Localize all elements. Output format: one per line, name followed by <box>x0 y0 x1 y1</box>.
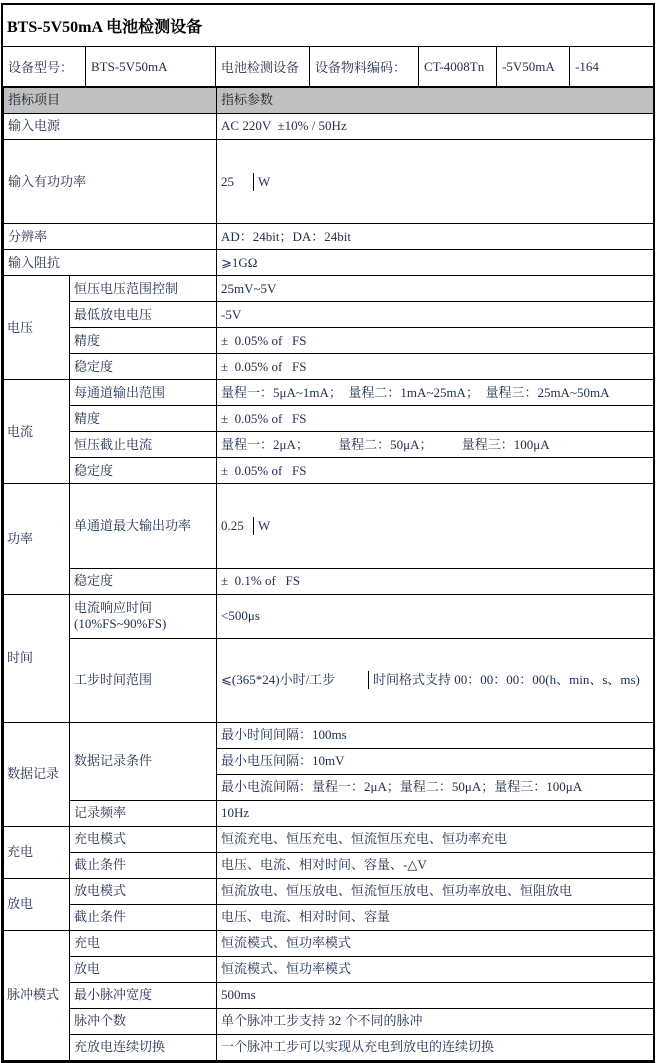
value-cell: ± 0.05% of FS <box>217 328 654 354</box>
value-cell: 10Hz <box>217 800 654 826</box>
device-model-label: 设备型号： <box>3 47 86 86</box>
item-cell: 输入阻抗 <box>4 250 217 276</box>
value-split: 25 W <box>217 173 653 191</box>
device-model-value: BTS-5V50mA <box>86 47 216 86</box>
value-unit: W <box>254 173 653 191</box>
item-cell: 稳定度 <box>70 458 217 484</box>
table-row: 放电 恒流模式、恒功率模式 <box>4 956 654 982</box>
category-cell-data-record: 数据记录 <box>4 722 70 826</box>
material-code-part2: -5V50mA <box>497 47 570 86</box>
category-cell-time: 时间 <box>4 594 70 722</box>
value-number: 25 <box>217 173 254 191</box>
device-info-row: 设备型号： BTS-5V50mA 电池检测设备 设备物料编码： CT-4008T… <box>3 47 653 87</box>
value-cell: 量程一：2μA； 量程二：50μA； 量程三：100μA <box>217 432 654 458</box>
table-header-row: 指标项目 指标参数 <box>4 88 654 114</box>
item-cell: 充电 <box>70 930 217 956</box>
table-row: 最小脉冲宽度 500ms <box>4 982 654 1008</box>
material-code-label: 设备物料编码： <box>310 47 419 86</box>
table-row: 精度 ± 0.05% of FS <box>4 406 654 432</box>
table-row-impedance: 输入阻抗 ⩾1GΩ <box>4 250 654 276</box>
table-row: 恒压截止电流 量程一：2μA； 量程二：50μA； 量程三：100μA <box>4 432 654 458</box>
category-cell-discharge: 放电 <box>4 878 70 930</box>
item-cell: 每通道输出范围 <box>70 380 217 406</box>
item-cell: 单通道最大输出功率 <box>70 484 217 568</box>
table-row: 功率 单通道最大输出功率 0.25 W <box>4 484 654 568</box>
table-row: 记录频率 10Hz <box>4 800 654 826</box>
value-cell: <500μs <box>217 594 654 638</box>
table-row: 充电 充电模式 恒流充电、恒压充电、恒流恒压充电、恒功率充电 <box>4 826 654 852</box>
category-cell-pulse: 脉冲模式 <box>4 930 70 1060</box>
category-cell-voltage: 电压 <box>4 276 70 380</box>
table-row: 最低放电电压 -5V <box>4 302 654 328</box>
item-cell: 充放电连续切换 <box>70 1034 217 1060</box>
item-cell: 截止条件 <box>70 852 217 878</box>
value-cell: AD：24bit；DA：24bit <box>217 224 654 250</box>
item-cell: 放电模式 <box>70 878 217 904</box>
value-cell: 最小电流间隔：量程一：2μA；量程二：50μA；量程三：100μA <box>217 774 654 800</box>
item-cell: 稳定度 <box>70 354 217 380</box>
item-cell: 记录频率 <box>70 800 217 826</box>
table-row: 电流 每通道输出范围 量程一：5μA~1mA； 量程二：1mA~25mA； 量程… <box>4 380 654 406</box>
item-cell: 输入有功功率 <box>4 140 217 224</box>
table-row: 精度 ± 0.05% of FS <box>4 328 654 354</box>
category-cell-current: 电流 <box>4 380 70 484</box>
value-cell: 量程一：5μA~1mA； 量程二：1mA~25mA； 量程三：25mA~50mA <box>217 380 654 406</box>
value-cell: ± 0.1% of FS <box>217 568 654 594</box>
value-cell: 电压、电流、相对时间、容量 <box>217 904 654 930</box>
table-row: 稳定度 ± 0.05% of FS <box>4 458 654 484</box>
item-cell: 稳定度 <box>70 568 217 594</box>
value-cell: 单个脉冲工步支持 32 个不同的脉冲 <box>217 1008 654 1034</box>
table-row: 脉冲模式 充电 恒流模式、恒功率模式 <box>4 930 654 956</box>
value-unit: W <box>254 517 653 535</box>
value-cell: 恒流放电、恒压放电、恒流恒压放电、恒功率放电、恒阻放电 <box>217 878 654 904</box>
item-cell: 恒压电压范围控制 <box>70 276 217 302</box>
table-row-resolution: 分辨率 AD：24bit；DA：24bit <box>4 224 654 250</box>
item-cell: 精度 <box>70 328 217 354</box>
table-row: 数据记录 数据记录条件 最小时间间隔：100ms <box>4 722 654 748</box>
item-cell: 脉冲个数 <box>70 1008 217 1034</box>
value-cell: ⩽(365*24)小时/工步 时间格式支持 00：00：00：00(h、min、… <box>217 638 654 722</box>
table-row: 工步时间范围 ⩽(365*24)小时/工步 时间格式支持 00：00：00：00… <box>4 638 654 722</box>
value-cell: 最小时间间隔：100ms <box>217 722 654 748</box>
category-cell-power: 功率 <box>4 484 70 594</box>
value-number: 0.25 <box>217 517 254 535</box>
item-cell: 数据记录条件 <box>70 722 217 800</box>
device-type: 电池检测设备 <box>216 47 310 86</box>
material-code-part1: CT-4008Tn <box>419 47 497 86</box>
value-cell: 恒流模式、恒功率模式 <box>217 956 654 982</box>
value-cell: ± 0.05% of FS <box>217 406 654 432</box>
page-title: BTS-5V50mA 电池检测设备 <box>3 5 653 47</box>
table-row: 时间 电流响应时间 (10%FS~90%FS) <500μs <box>4 594 654 638</box>
value-cell: 恒流模式、恒功率模式 <box>217 930 654 956</box>
value-cell: ± 0.05% of FS <box>217 458 654 484</box>
spec-sheet: BTS-5V50mA 电池检测设备 设备型号： BTS-5V50mA 电池检测设… <box>1 3 655 1063</box>
value-split: 0.25 W <box>217 517 653 535</box>
value-cell: AC 220V ±10% / 50Hz <box>217 114 654 140</box>
item-cell: 分辨率 <box>4 224 217 250</box>
table-row: 截止条件 电压、电流、相对时间、容量 <box>4 904 654 930</box>
item-cell: 最小脉冲宽度 <box>70 982 217 1008</box>
table-row-power-input: 输入电源 AC 220V ±10% / 50Hz <box>4 114 654 140</box>
item-cell: 充电模式 <box>70 826 217 852</box>
item-cell: 恒压截止电流 <box>70 432 217 458</box>
item-cell: 工步时间范围 <box>70 638 217 722</box>
value-cell: 500ms <box>217 982 654 1008</box>
table-row: 脉冲个数 单个脉冲工步支持 32 个不同的脉冲 <box>4 1008 654 1034</box>
value-cell: ± 0.05% of FS <box>217 354 654 380</box>
item-cell: 电流响应时间 (10%FS~90%FS) <box>70 594 217 638</box>
table-row: 稳定度 ± 0.1% of FS <box>4 568 654 594</box>
value-cell: 恒流充电、恒压充电、恒流恒压充电、恒功率充电 <box>217 826 654 852</box>
value-cell: -5V <box>217 302 654 328</box>
item-cell: 输入电源 <box>4 114 217 140</box>
item-cell: 精度 <box>70 406 217 432</box>
table-row-active-power: 输入有功功率 25 W <box>4 140 654 224</box>
table-row: 充放电连续切换 一个脉冲工步可以实现从充电到放电的连续切换 <box>4 1034 654 1060</box>
value-cell: 25mV~5V <box>217 276 654 302</box>
value-cell: 电压、电流、相对时间、容量、-△V <box>217 852 654 878</box>
table-row: 截止条件 电压、电流、相对时间、容量、-△V <box>4 852 654 878</box>
value-note: 时间格式支持 00：00：00：00(h、min、s、ms) <box>369 671 653 689</box>
value-cell: 25 W <box>217 140 654 224</box>
spec-table: 指标项目 指标参数 输入电源 AC 220V ±10% / 50Hz 输入有功功… <box>3 87 654 1061</box>
item-cell: 放电 <box>70 956 217 982</box>
value-cell: ⩾1GΩ <box>217 250 654 276</box>
value-split: ⩽(365*24)小时/工步 时间格式支持 00：00：00：00(h、min、… <box>217 671 653 689</box>
header-param-cell: 指标参数 <box>217 88 654 114</box>
header-item-cell: 指标项目 <box>4 88 217 114</box>
material-code-part3: -164 <box>570 47 653 86</box>
table-row: 放电 放电模式 恒流放电、恒压放电、恒流恒压放电、恒功率放电、恒阻放电 <box>4 878 654 904</box>
item-cell: 最低放电电压 <box>70 302 217 328</box>
value-range: ⩽(365*24)小时/工步 <box>217 671 369 689</box>
item-cell: 截止条件 <box>70 904 217 930</box>
category-cell-charge: 充电 <box>4 826 70 878</box>
table-row: 电压 恒压电压范围控制 25mV~5V <box>4 276 654 302</box>
table-row: 稳定度 ± 0.05% of FS <box>4 354 654 380</box>
value-cell: 一个脉冲工步可以实现从充电到放电的连续切换 <box>217 1034 654 1060</box>
value-cell: 0.25 W <box>217 484 654 568</box>
value-cell: 最小电压间隔：10mV <box>217 748 654 774</box>
